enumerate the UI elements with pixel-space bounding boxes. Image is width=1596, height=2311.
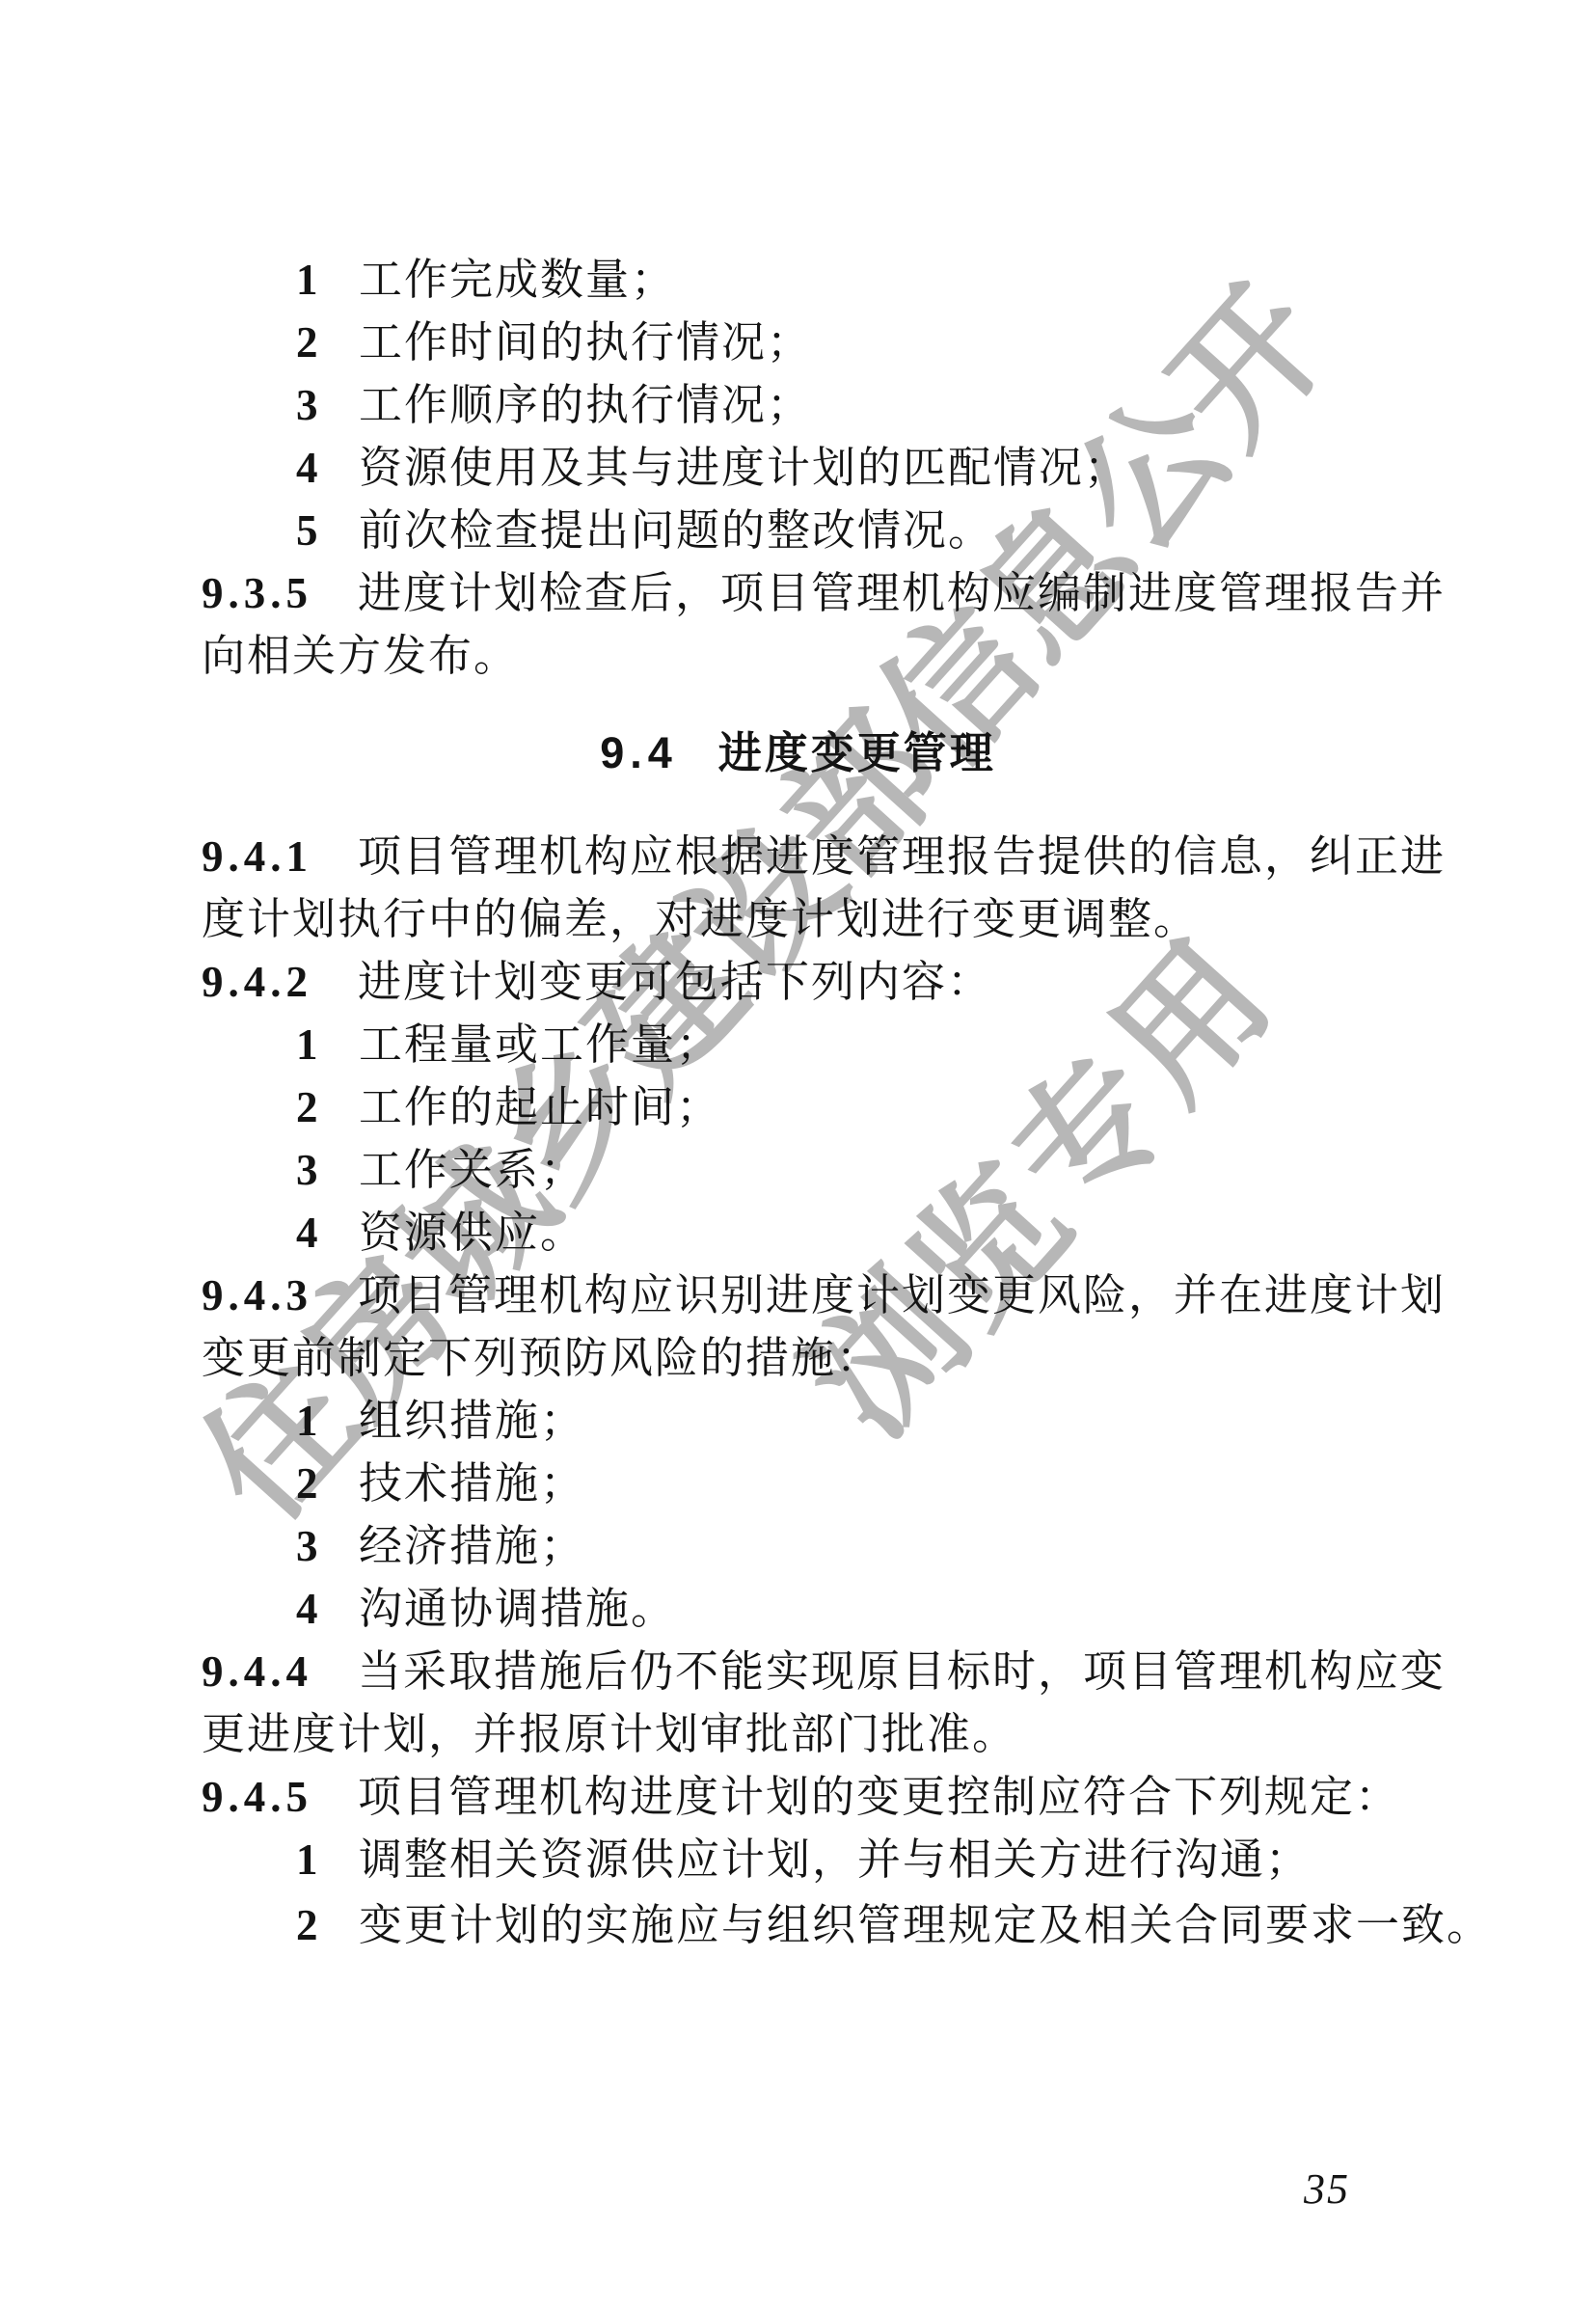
section-heading: 9.4进度变更管理 [0, 726, 1596, 780]
page-number: 35 [1304, 2162, 1350, 2216]
list-item-text: 工作顺序的执行情况； [359, 381, 812, 429]
clause-continuation-line: 变更前制定下列预防风险的措施： [202, 1331, 1455, 1385]
document-page: 住房城乡建设部信息公开 浏览专用 1工作完成数量； 2工作时间的执行情况； 3工… [0, 0, 1596, 2311]
list-item-number: 4 [296, 1206, 359, 1260]
list-item-number: 4 [296, 1582, 359, 1636]
list-item-line: 1工作完成数量； [202, 253, 1455, 307]
list-item-text: 工作时间的执行情况； [359, 318, 812, 367]
list-item-text: 变更计划的实施应与组织管理规定及相关合同要求一致。 [359, 1901, 1492, 1949]
clause-number: 9.4.3 [202, 1268, 358, 1322]
list-item-number: 3 [296, 1143, 359, 1197]
list-item-line: 4资源使用及其与进度计划的匹配情况； [202, 441, 1455, 495]
list-item-line: 2技术措施； [202, 1456, 1455, 1510]
clause-continuation-line: 向相关方发布。 [202, 629, 1455, 683]
list-item-text: 工作关系； [359, 1146, 585, 1194]
clause-number: 9.4.1 [202, 829, 358, 884]
list-item-line: 5前次检查提出问题的整改情况。 [202, 503, 1455, 557]
clause-text: 项目管理机构应根据进度管理报告提供的信息，纠正进 [358, 832, 1446, 881]
clause-continuation-line: 更进度计划，并报原计划审批部门批准。 [202, 1707, 1455, 1761]
list-item-number: 2 [296, 1456, 359, 1510]
clause-number: 9.4.4 [202, 1645, 358, 1699]
list-item-text: 沟通协调措施。 [359, 1585, 676, 1633]
list-item-number: 3 [296, 1519, 359, 1573]
list-item-number: 3 [296, 378, 359, 432]
list-item-number: 4 [296, 441, 359, 495]
list-item-text: 经济措施； [359, 1522, 585, 1570]
list-item-text: 工作完成数量； [359, 256, 676, 304]
list-item-text: 工程量或工作量； [359, 1020, 721, 1069]
list-item-number: 2 [296, 1898, 359, 1952]
clause-text: 变更前制定下列预防风险的措施： [202, 1334, 881, 1382]
clause-text: 向相关方发布。 [202, 632, 519, 680]
clause-line: 9.4.3项目管理机构应识别进度计划变更风险，并在进度计划 [202, 1268, 1455, 1322]
list-item-line: 1工程量或工作量； [202, 1018, 1455, 1072]
list-item-line: 2工作时间的执行情况； [202, 315, 1455, 369]
clause-line: 9.3.5进度计划检查后，项目管理机构应编制进度管理报告并 [202, 566, 1455, 620]
clause-number: 9.4.2 [202, 955, 358, 1009]
list-item-line: 3工作顺序的执行情况； [202, 378, 1455, 432]
clause-number: 9.3.5 [202, 566, 358, 620]
clause-text: 进度计划检查后，项目管理机构应编制进度管理报告并 [358, 569, 1446, 617]
list-item-line: 4沟通协调措施。 [202, 1582, 1455, 1636]
section-heading-title: 进度变更管理 [718, 728, 996, 777]
clause-continuation-line: 度计划执行中的偏差，对进度计划进行变更调整。 [202, 892, 1455, 946]
list-item-line: 3工作关系； [202, 1143, 1455, 1197]
clause-line: 9.4.5项目管理机构进度计划的变更控制应符合下列规定： [202, 1770, 1455, 1824]
list-item-number: 2 [296, 1080, 359, 1134]
list-item-number: 2 [296, 315, 359, 369]
list-item-number: 1 [296, 1394, 359, 1448]
clause-text: 更进度计划，并报原计划审批部门批准。 [202, 1710, 1017, 1758]
list-item-text: 资源使用及其与进度计划的匹配情况； [359, 444, 1129, 492]
list-item-text: 资源供应。 [359, 1209, 585, 1257]
list-item-text: 组织措施； [359, 1397, 585, 1445]
clause-text: 当采取措施后仍不能实现原目标时，项目管理机构应变 [358, 1647, 1446, 1696]
list-item-line: 2变更计划的实施应与组织管理规定及相关合同要求一致。 [202, 1898, 1455, 1952]
list-item-text: 前次检查提出问题的整改情况。 [359, 506, 993, 555]
list-item-line: 1组织措施； [202, 1394, 1455, 1448]
clause-line: 9.4.2进度计划变更可包括下列内容： [202, 955, 1455, 1009]
clause-text: 进度计划变更可包括下列内容： [358, 958, 992, 1006]
list-item-text: 工作的起止时间； [359, 1083, 721, 1131]
clause-text: 项目管理机构进度计划的变更控制应符合下列规定： [358, 1773, 1400, 1821]
list-item-number: 1 [296, 253, 359, 307]
clause-line: 9.4.1项目管理机构应根据进度管理报告提供的信息，纠正进 [202, 829, 1455, 884]
text-layer: 1工作完成数量； 2工作时间的执行情况； 3工作顺序的执行情况； 4资源使用及其… [0, 0, 1596, 2311]
list-item-line: 2工作的起止时间； [202, 1080, 1455, 1134]
clause-number: 9.4.5 [202, 1770, 358, 1824]
list-item-line: 4资源供应。 [202, 1206, 1455, 1260]
section-heading-number: 9.4 [600, 728, 678, 777]
clause-line: 9.4.4当采取措施后仍不能实现原目标时，项目管理机构应变 [202, 1645, 1455, 1699]
clause-text: 项目管理机构应识别进度计划变更风险，并在进度计划 [358, 1271, 1446, 1319]
clause-text: 度计划执行中的偏差，对进度计划进行变更调整。 [202, 895, 1199, 943]
list-item-number: 1 [296, 1833, 359, 1887]
list-item-line: 1调整相关资源供应计划，并与相关方进行沟通； [202, 1833, 1455, 1887]
list-item-text: 调整相关资源供应计划，并与相关方进行沟通； [359, 1835, 1311, 1884]
list-item-number: 1 [296, 1018, 359, 1072]
list-item-text: 技术措施； [359, 1459, 585, 1508]
list-item-line: 3经济措施； [202, 1519, 1455, 1573]
list-item-number: 5 [296, 503, 359, 557]
